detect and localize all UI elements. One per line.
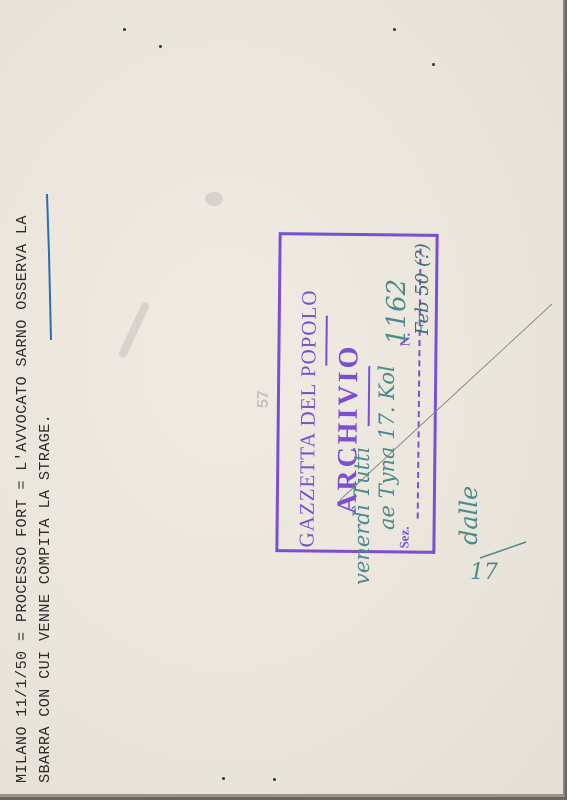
pin-hole	[393, 28, 396, 31]
pin-hole	[273, 778, 276, 781]
stamp-title: GAZZETTA DEL POPOLO	[294, 289, 322, 547]
smudge	[118, 301, 151, 359]
photo-back-card: MILANO 11/1/50 = PROCESSO FORT = L'AVVOC…	[0, 0, 565, 797]
handwritten-note-1: ae Tyna 17. Kol	[375, 365, 399, 530]
handwritten-archive-number: 1162	[382, 279, 412, 345]
handwritten-number: 17	[470, 560, 498, 585]
underline-stroke	[478, 540, 528, 560]
blue-pencil-mark	[46, 194, 52, 340]
pin-hole	[159, 45, 162, 48]
caption-line-2: SBARRA CON CUI VENNE COMPITA LA STRAGE.	[36, 414, 54, 783]
handwritten-date: Feb 50 (?)	[412, 243, 433, 335]
caption-line-1: MILANO 11/1/50 = PROCESSO FORT = L'AVVOC…	[13, 215, 31, 783]
handwritten-note-3: dalle	[455, 486, 483, 545]
pin-hole	[123, 28, 126, 31]
pin-hole	[222, 777, 225, 780]
stamp-rule	[325, 316, 328, 366]
faint-stamp-number: 57	[255, 390, 273, 408]
pin-hole	[432, 63, 435, 66]
smudge	[205, 192, 223, 206]
handwritten-note-2: venerdì Tutti	[350, 447, 374, 585]
